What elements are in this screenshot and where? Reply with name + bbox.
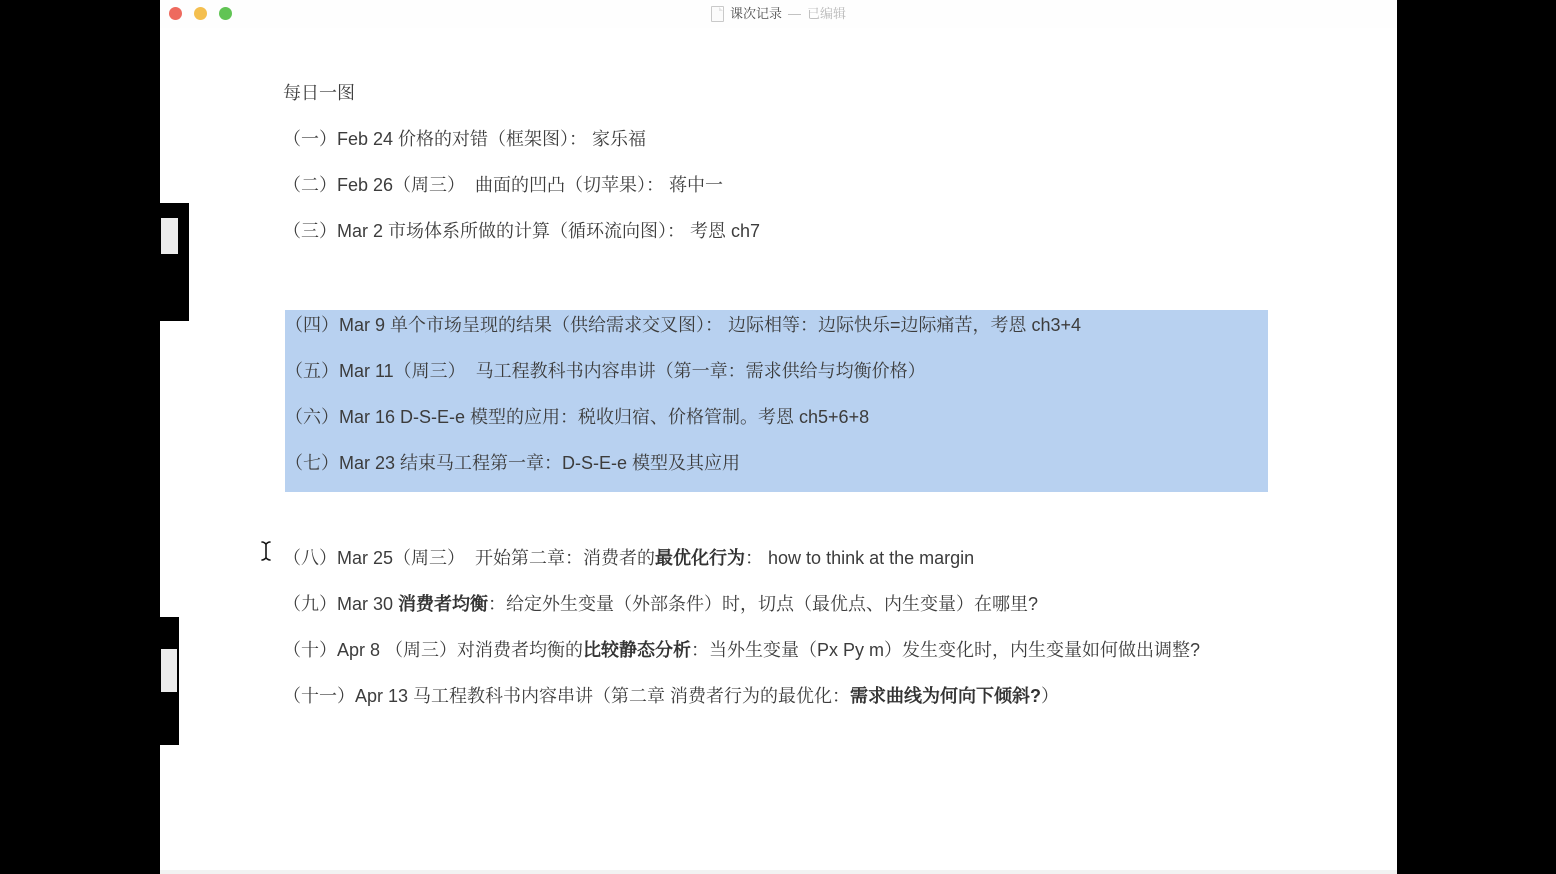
doc-heading[interactable]: 每日一图 bbox=[283, 78, 1266, 108]
document-proxy-icon[interactable] bbox=[711, 6, 724, 22]
entry-mar25[interactable]: （八）Mar 25（周三） 开始第二章：消费者的最优化行为： how to th… bbox=[283, 543, 1266, 573]
entry-mar25-text: （八）Mar 25（周三） 开始第二章：消费者的 bbox=[283, 548, 655, 568]
document-body[interactable]: 每日一图 （一）Feb 24 价格的对错（框架图）： 家乐福 （二）Feb 26… bbox=[160, 28, 1266, 711]
screen: 课次记录 — 已编辑 每日一图 （一）Feb 24 价格的对错（框架图）： 家乐… bbox=[0, 0, 1556, 874]
window-titlebar[interactable]: 课次记录 — 已编辑 bbox=[160, 0, 1397, 28]
window-bottom-edge bbox=[160, 870, 1397, 874]
page-fold-icon bbox=[719, 7, 723, 11]
entry-apr13-text: （十一）Apr 13 马工程教科书内容串讲（第二章 消费者行为的最优化： bbox=[283, 686, 850, 706]
close-button[interactable] bbox=[169, 7, 182, 20]
entry-feb26[interactable]: （二）Feb 26（周三） 曲面的凹凸（切苹果）： 蒋中一 bbox=[283, 170, 1266, 200]
window-title: 课次记录 bbox=[730, 0, 782, 28]
entry-mar16[interactable]: （六）Mar 16 D-S-E-e 模型的应用：税收归宿、价格管制。考恩 ch5… bbox=[285, 402, 1268, 432]
title-separator: — bbox=[788, 0, 801, 28]
entry-mar25-bold: 最优化行为 bbox=[655, 548, 745, 568]
entry-mar30-bold: 消费者均衡 bbox=[398, 594, 488, 614]
entry-mar30[interactable]: （九）Mar 30 消费者均衡：给定外生变量（外部条件）时，切点（最优点、内生变… bbox=[283, 589, 1266, 619]
zoom-button[interactable] bbox=[219, 7, 232, 20]
entry-mar2[interactable]: （三）Mar 2 市场体系所做的计算（循环流向图）： 考恩 ch7 bbox=[283, 216, 1266, 246]
entry-apr8[interactable]: （十）Apr 8 （周三）对消费者均衡的比较静态分析：当外生变量（Px Py m… bbox=[283, 635, 1266, 665]
entry-apr13[interactable]: （十一）Apr 13 马工程教科书内容串讲（第二章 消费者行为的最优化：需求曲线… bbox=[283, 681, 1266, 711]
window-controls bbox=[169, 7, 232, 20]
entry-mar30-post: ：给定外生变量（外部条件）时，切点（最优点、内生变量）在哪里? bbox=[488, 594, 1038, 614]
entry-mar25-post: ： how to think at the margin bbox=[745, 548, 974, 568]
entry-feb24[interactable]: （一）Feb 24 价格的对错（框架图）： 家乐福 bbox=[283, 124, 1266, 154]
video-edge-artifact bbox=[161, 218, 178, 254]
entry-mar11[interactable]: （五）Mar 11（周三） 马工程教科书内容串讲（第一章：需求供给与均衡价格） bbox=[285, 356, 1268, 386]
entry-mar30-text: （九）Mar 30 bbox=[283, 594, 398, 614]
entry-apr8-text: （十）Apr 8 （周三）对消费者均衡的 bbox=[283, 640, 583, 660]
minimize-button[interactable] bbox=[194, 7, 207, 20]
selected-text-block[interactable]: （四）Mar 9 单个市场呈现的结果（供给需求交叉图）： 边际相等：边际快乐=边… bbox=[285, 310, 1268, 492]
document-window: 课次记录 — 已编辑 每日一图 （一）Feb 24 价格的对错（框架图）： 家乐… bbox=[160, 0, 1397, 874]
entry-mar23[interactable]: （七）Mar 23 结束马工程第一章：D-S-E-e 模型及其应用 bbox=[285, 448, 1268, 478]
entry-apr8-post: ：当外生变量（Px Py m）发生变化时，内生变量如何做出调整? bbox=[691, 640, 1200, 660]
video-edge-artifact bbox=[161, 649, 177, 692]
window-title-group: 课次记录 — 已编辑 bbox=[160, 0, 1397, 28]
entry-apr8-bold: 比较静态分析 bbox=[583, 640, 691, 660]
entry-apr13-post: ） bbox=[1041, 686, 1059, 706]
edited-status-badge: 已编辑 bbox=[807, 0, 846, 28]
entry-apr13-bold: 需求曲线为何向下倾斜? bbox=[850, 686, 1041, 706]
entry-mar9[interactable]: （四）Mar 9 单个市场呈现的结果（供给需求交叉图）： 边际相等：边际快乐=边… bbox=[285, 310, 1268, 340]
